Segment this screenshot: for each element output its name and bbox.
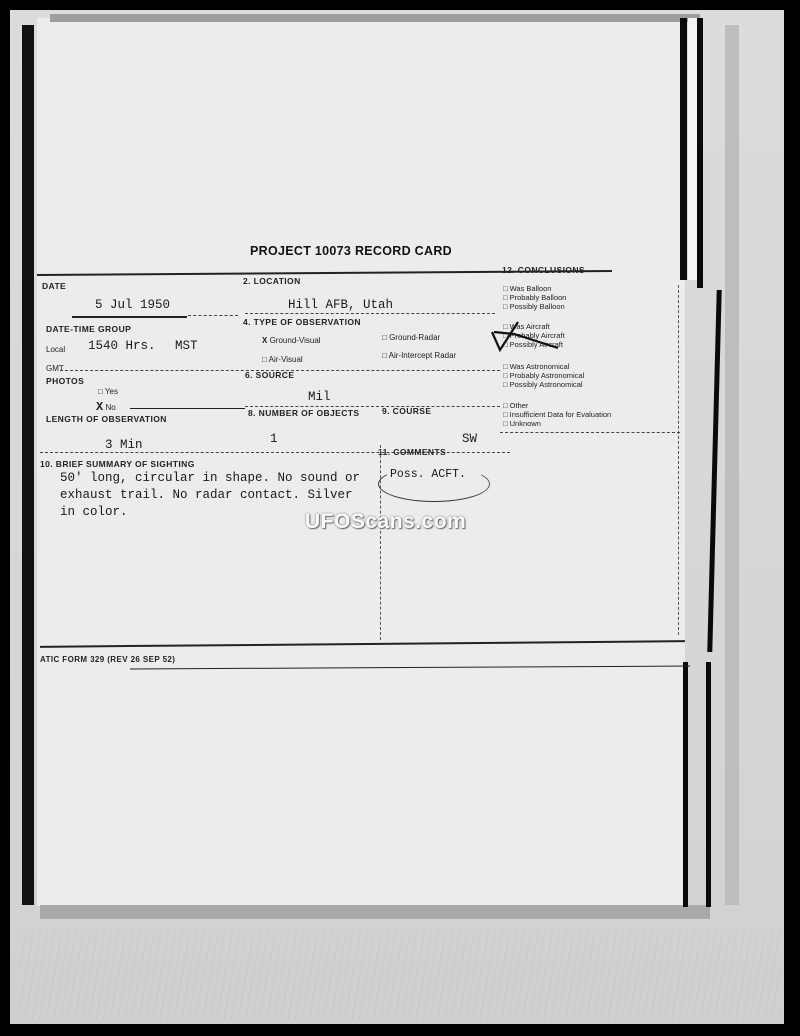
paper-bottom-shadow — [40, 905, 710, 919]
gmt-label: GMT — [46, 364, 64, 373]
date-value: 5 Jul 1950 — [95, 298, 170, 312]
divider — [130, 408, 245, 409]
conclusions-group-other: □ Other □ Insufficient Data for Evaluati… — [503, 401, 611, 428]
clip-bar — [697, 18, 703, 288]
summary-line: 50' long, circular in shape. No sound or — [60, 470, 380, 487]
course-label: 9. COURSE — [382, 406, 431, 416]
number-of-objects-label: 8. NUMBER OF OBJECTS — [248, 408, 359, 418]
handwritten-checkmark-icon — [490, 318, 610, 358]
conclusions-group-balloon: □ Was Balloon □ Probably Balloon □ Possi… — [503, 284, 566, 311]
conclusion-option[interactable]: □ Probably Astronomical — [503, 371, 584, 380]
length-of-observation-label: LENGTH OF OBSERVATION — [46, 414, 167, 424]
option-air-intercept-radar[interactable]: □ Air-Intercept Radar — [382, 351, 456, 360]
date-time-group-label: DATE-TIME GROUP — [46, 324, 131, 334]
dashed-rule — [500, 432, 680, 433]
comments-label: 11. COMMENTS — [378, 447, 446, 457]
dashed-rule — [188, 315, 238, 316]
option-label: Yes — [105, 387, 118, 396]
dashed-rule — [245, 313, 495, 314]
clip-gap — [688, 18, 697, 280]
photos-no[interactable]: X No — [96, 400, 116, 414]
type-of-observation-label: 4. TYPE OF OBSERVATION — [243, 317, 361, 327]
location-value: Hill AFB, Utah — [288, 298, 393, 312]
dashed-column-rule — [678, 285, 679, 635]
option-label: Air-Intercept Radar — [389, 351, 457, 360]
handwritten-oval-mark — [378, 466, 490, 502]
clip-bar — [706, 662, 711, 907]
photos-label: PHOTOS — [46, 376, 84, 386]
photos-yes[interactable]: □ Yes — [98, 387, 118, 396]
summary-line: exhaust trail. No radar contact. Silver — [60, 487, 380, 504]
option-label: Air-Visual — [269, 355, 303, 364]
source-label: 6. SOURCE — [245, 370, 294, 380]
checkbox-mark: □ — [382, 333, 387, 342]
conclusion-option[interactable]: □ Possibly Balloon — [503, 302, 566, 311]
time-zone-value: MST — [175, 339, 198, 353]
option-label: Ground-Radar — [389, 333, 440, 342]
source-value: Mil — [308, 390, 331, 404]
course-value: SW — [462, 432, 477, 446]
clip-bar — [683, 662, 688, 907]
form-number: ATIC FORM 329 (REV 26 SEP 52) — [40, 655, 175, 664]
watermark: UFOScans.com — [305, 510, 466, 534]
conclusion-option[interactable]: □ Was Astronomical — [503, 362, 584, 371]
checkbox-mark: X — [262, 336, 267, 345]
brief-summary-label: 10. BRIEF SUMMARY OF SIGHTING — [40, 459, 195, 469]
checkbox-mark: X — [96, 400, 103, 414]
checkbox-mark: □ — [382, 351, 387, 360]
checkbox-mark: □ — [98, 387, 103, 396]
checkbox-mark: □ — [262, 355, 267, 364]
dashed-column-rule — [380, 445, 381, 640]
local-time-value: 1540 Hrs. — [88, 339, 156, 353]
paper-top-edge — [50, 14, 700, 22]
length-of-observation-value: 3 Min — [105, 438, 143, 452]
option-label: No — [105, 403, 115, 412]
conclusion-option[interactable]: □ Was Balloon — [503, 284, 566, 293]
conclusion-option[interactable]: □ Possibly Astronomical — [503, 380, 584, 389]
date-label: DATE — [42, 281, 66, 291]
conclusion-option[interactable]: □ Unknown — [503, 419, 611, 428]
local-label: Local — [46, 345, 65, 354]
conclusions-group-astronomical: □ Was Astronomical □ Probably Astronomic… — [503, 362, 584, 389]
option-ground-radar[interactable]: □ Ground-Radar — [382, 333, 440, 342]
option-air-visual[interactable]: □ Air-Visual — [262, 355, 303, 364]
location-label: 2. LOCATION — [243, 276, 301, 286]
conclusion-option[interactable]: □ Other — [503, 401, 611, 410]
brief-summary-label-text: BRIEF SUMMARY OF SIGHTING — [56, 459, 195, 469]
conclusion-option[interactable]: □ Probably Balloon — [503, 293, 566, 302]
conclusions-label: 12. CONCLUSIONS — [502, 265, 585, 275]
conclusion-option[interactable]: □ Insufficient Data for Evaluation — [503, 410, 611, 419]
film-scratches — [20, 930, 780, 1020]
clip-bar — [680, 18, 687, 280]
number-of-objects-value: 1 — [270, 432, 278, 446]
left-shadow — [22, 25, 34, 905]
dashed-rule — [245, 406, 500, 407]
option-label: Ground-Visual — [270, 336, 321, 345]
date-underline — [72, 316, 187, 318]
backdrop-shadow — [725, 25, 739, 905]
card-title: PROJECT 10073 RECORD CARD — [250, 244, 452, 258]
option-ground-visual[interactable]: X Ground-Visual — [262, 336, 321, 345]
